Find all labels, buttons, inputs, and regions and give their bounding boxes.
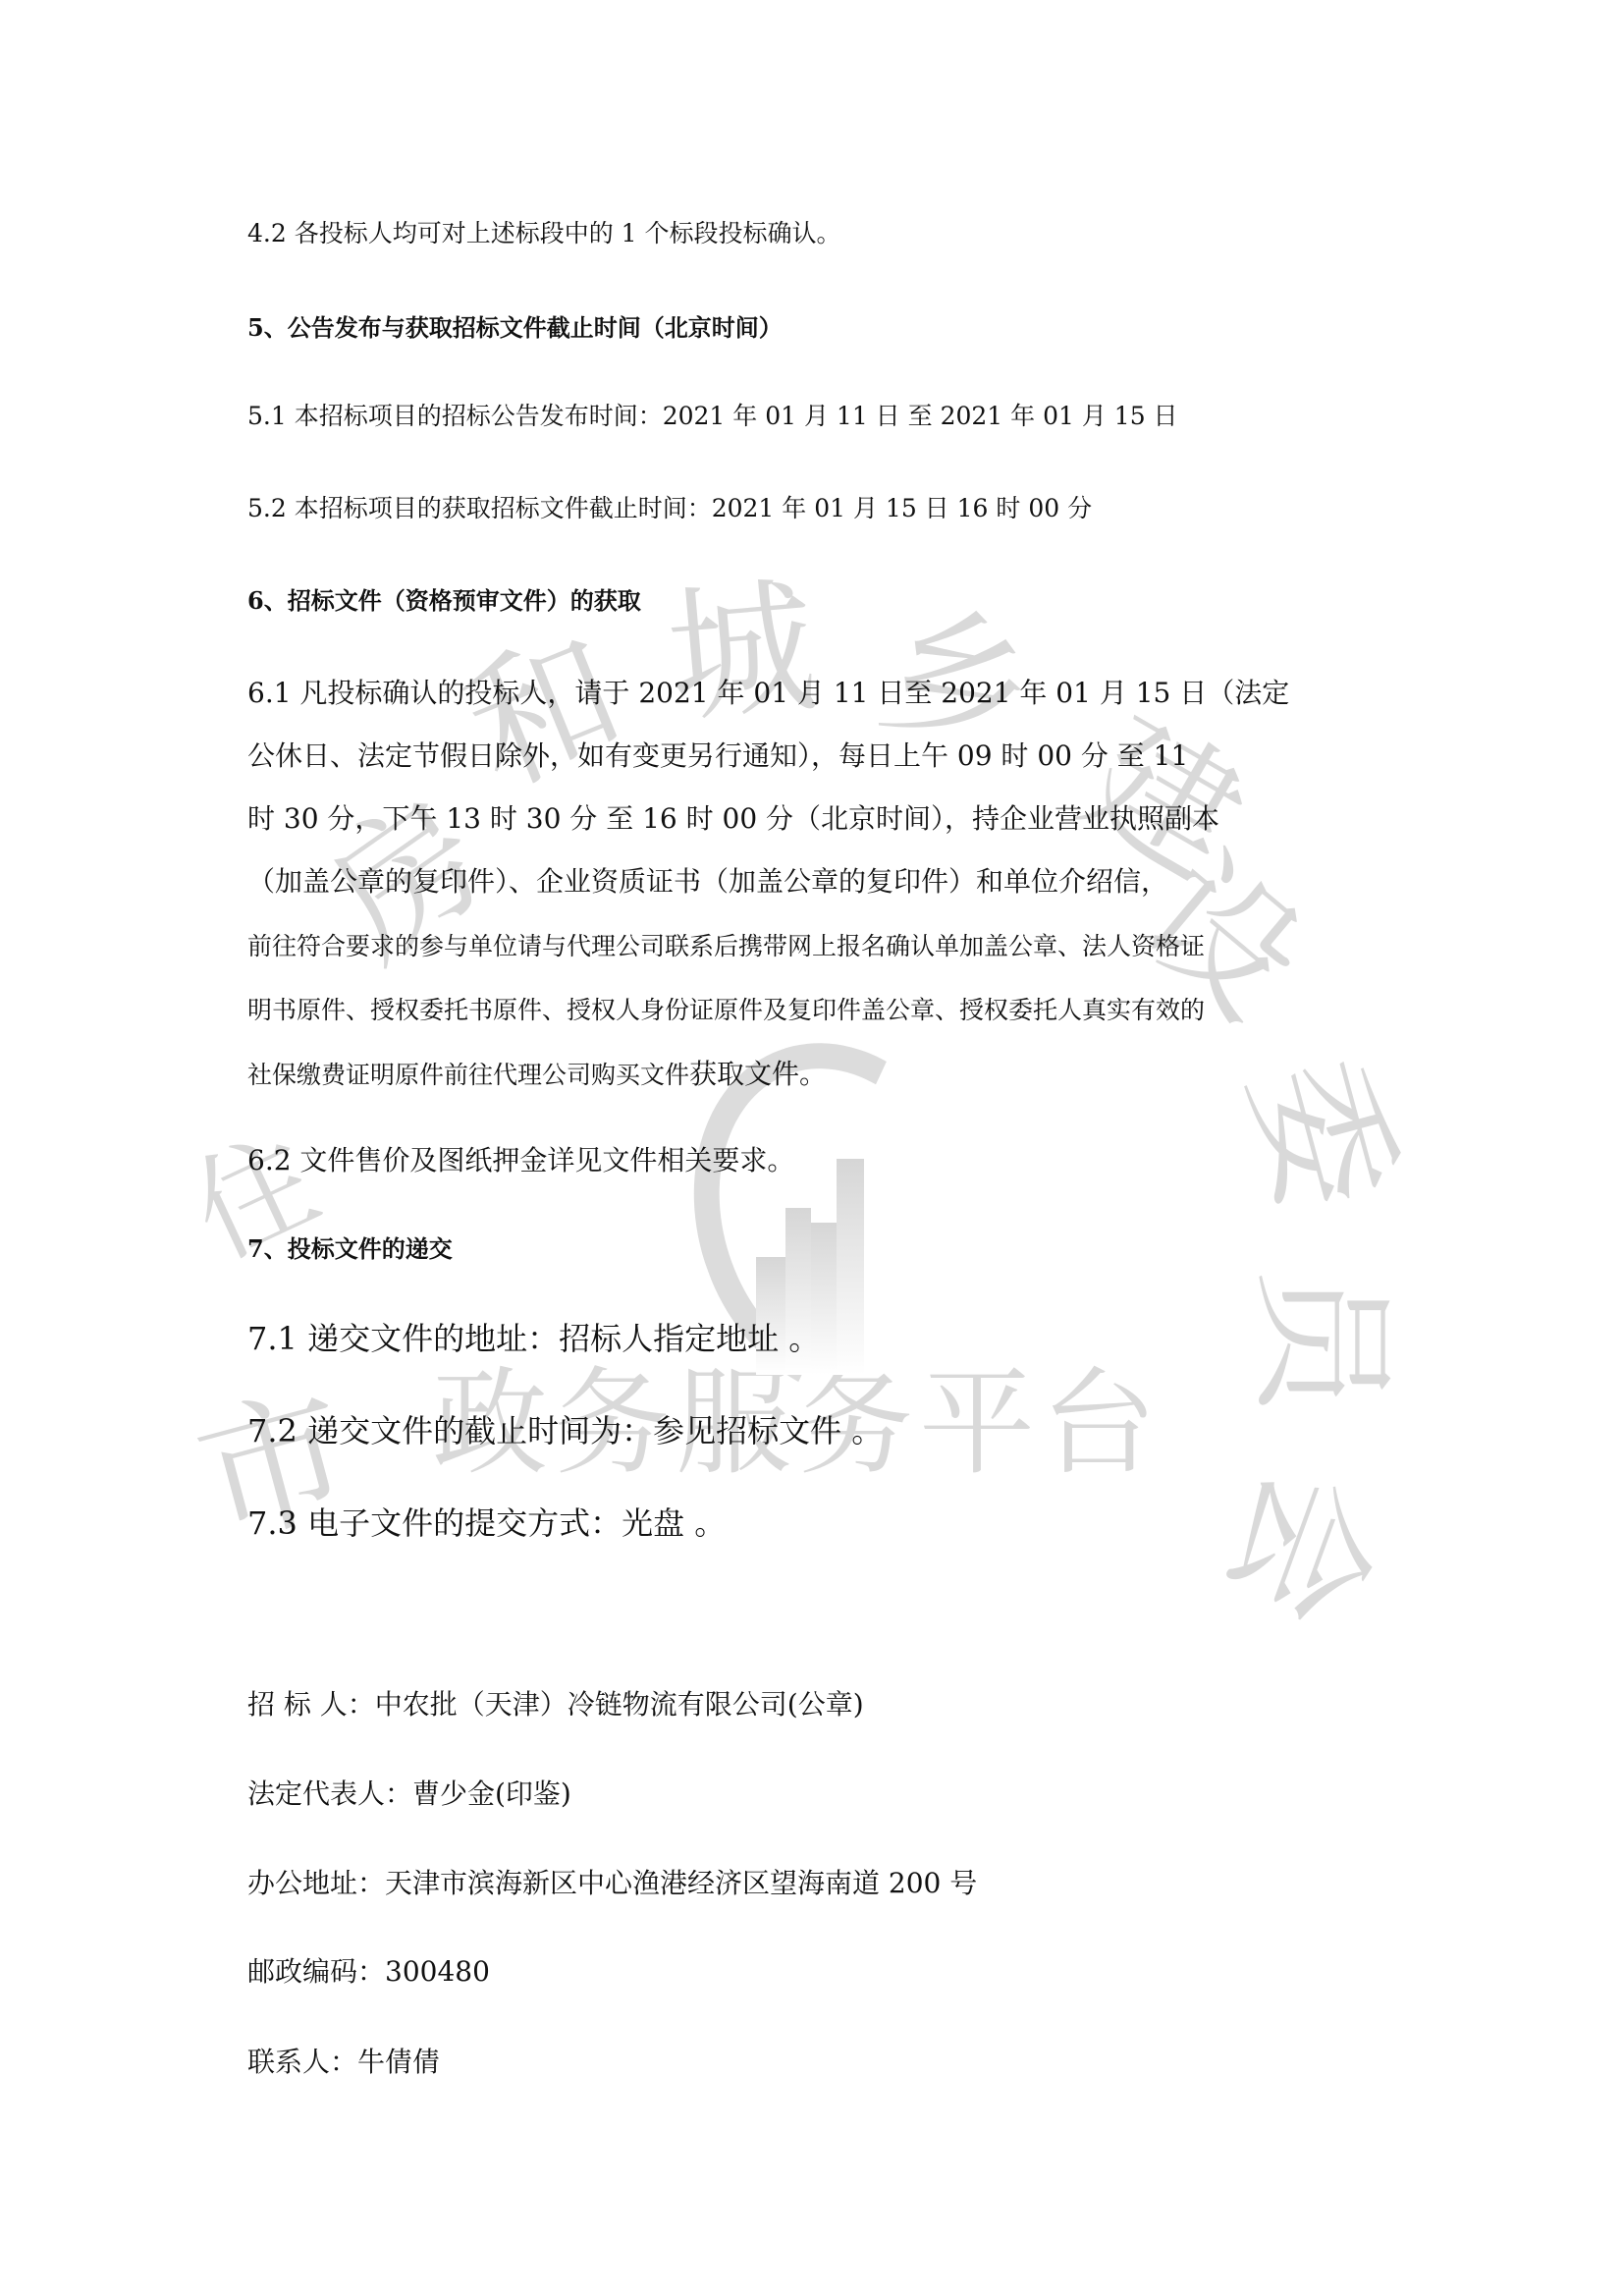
paragraph-6-1-line-3: 时 30 分，下午 13 时 30 分 至 16 时 00 分（北京时间），持企… [247, 797, 1219, 837]
watermark-logo-bar [837, 1159, 864, 1375]
paragraph-6-1-line-6: 明书原件、授权委托书原件、授权人身份证原件及复印件盖公章、授权委托人真实有效的 [247, 991, 1205, 1026]
watermark-char: 委 [1230, 1044, 1411, 1225]
watermark-char: 和 [449, 616, 640, 807]
heading-section-7: 7、投标文件的递交 [247, 1230, 453, 1264]
heading-section-5: 5、公告发布与获取招标文件截止时间（北京时间） [247, 308, 783, 343]
paragraph-6-2: 6.2 文件售价及图纸押金详见文件相关要求。 [247, 1139, 794, 1178]
paragraph-4-2: 4.2 各投标人均可对上述标段中的 1 个标段投标确认。 [247, 214, 841, 249]
paragraph-5-2: 5.2 本招标项目的获取招标文件截止时间：2021 年 01 月 15 日 16… [247, 489, 1092, 524]
paragraph-6-1-line-5: 前往符合要求的参与单位请与代理公司联系后携带网上报名确认单加盖公章、法人资格证 [247, 927, 1205, 962]
paragraph-7-1: 7.1 递交文件的地址：招标人指定地址 。 [247, 1314, 820, 1359]
contact-person-line: 联系人：牛倩倩 [247, 2041, 440, 2080]
watermark-char: 员 [1247, 1267, 1394, 1414]
paragraph-6-1-line-2: 公休日、法定节假日除外，如有变更另行通知），每日上午 09 时 00 分 至 1… [247, 735, 1188, 774]
postcode-line: 邮政编码：300480 [247, 1950, 490, 1990]
office-address-line: 办公地址：天津市滨海新区中心渔港经济区望海南道 200 号 [247, 1862, 977, 1901]
paragraph-6-1-line-7-part-b: 获取文件。 [689, 1058, 827, 1090]
paragraph-5-1: 5.1 本招标项目的招标公告发布时间：2021 年 01 月 11 日 至 20… [247, 397, 1178, 432]
paragraph-6-1-line-4: （加盖公章的复印件）、企业资质证书（加盖公章的复印件）和单位介绍信， [247, 860, 1168, 900]
watermark-char: 会 [1207, 1452, 1395, 1641]
document-page: 市 住 房 和 城 乡 建 设 委 员 会 政务服务平台 4.2 各投标人均可对… [0, 0, 1623, 2296]
paragraph-7-2: 7.2 递交文件的截止时间为：参见招标文件 。 [247, 1406, 883, 1451]
tenderer-line: 招 标 人：中农批（天津）冷链物流有限公司(公章) [247, 1683, 864, 1722]
paragraph-6-1-line-7-part-a: 社保缴费证明原件前往代理公司购买文件 [247, 1061, 689, 1089]
paragraph-6-1-line-7: 社保缴费证明原件前往代理公司购买文件获取文件。 [247, 1053, 827, 1092]
heading-section-6: 6、招标文件（资格预审文件）的获取 [247, 581, 641, 616]
paragraph-7-3: 7.3 电子文件的提交方式：光盘 。 [247, 1499, 726, 1544]
legal-representative-line: 法定代表人：曹少金(印鉴) [247, 1773, 571, 1812]
paragraph-6-1-line-1: 6.1 凡投标确认的投标人，请于 2021 年 01 月 11 日至 2021 … [247, 672, 1289, 711]
